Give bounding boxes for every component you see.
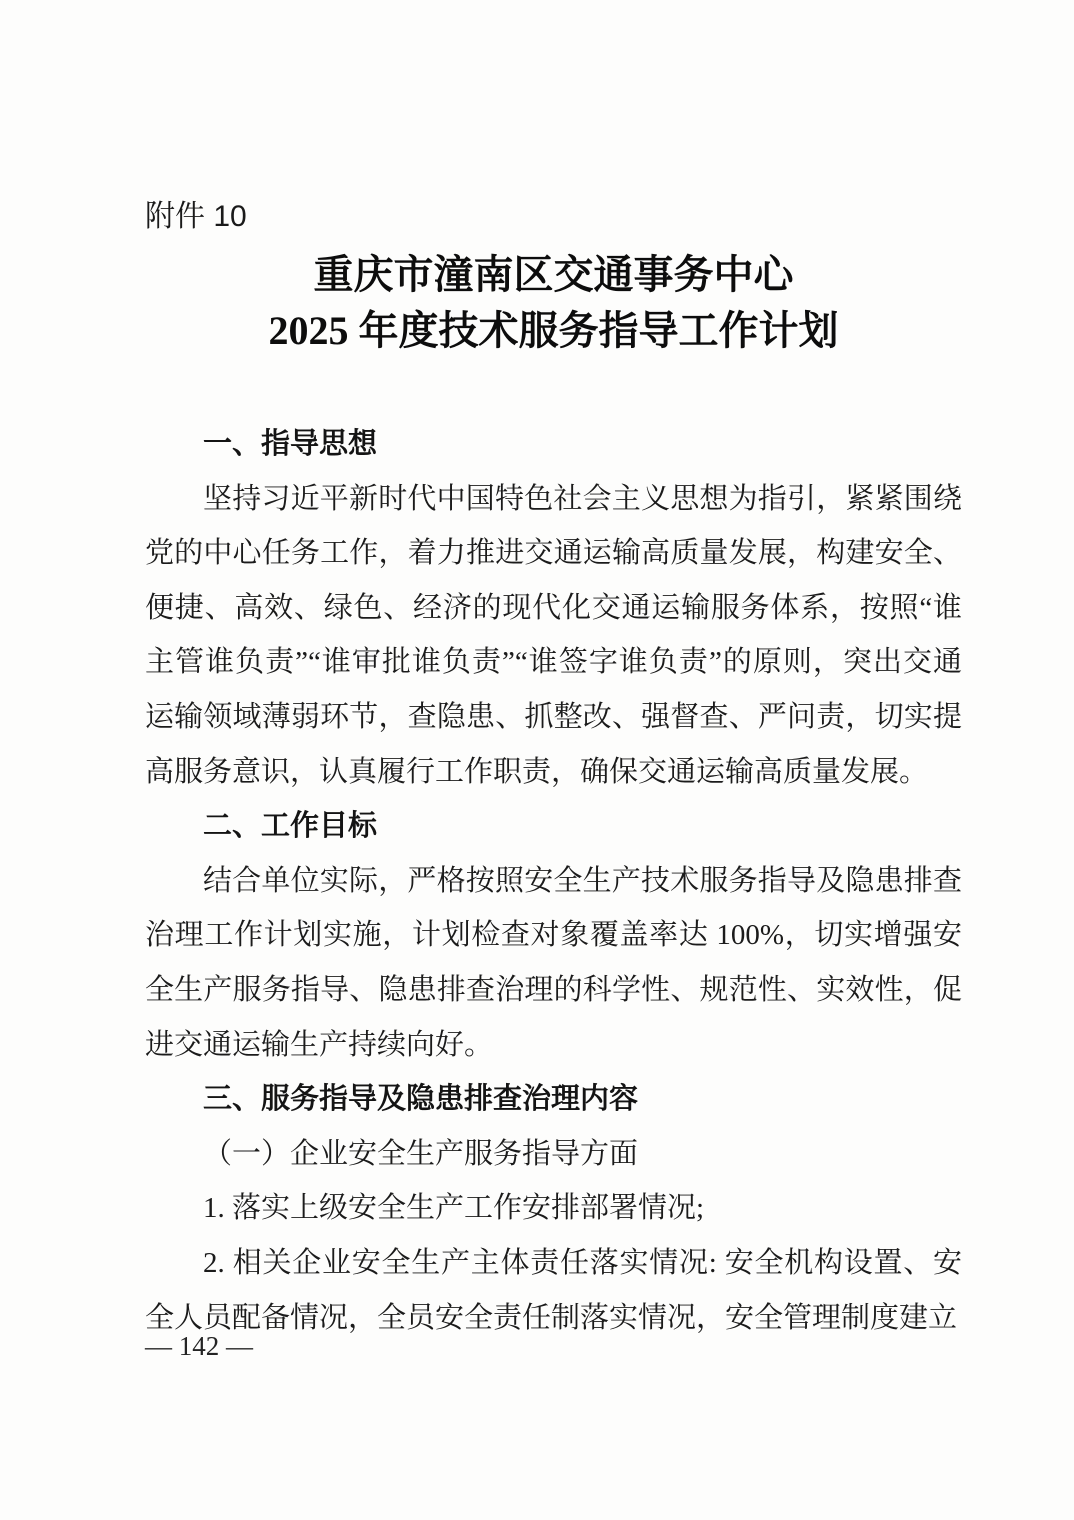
list-item-1: 1. 落实上级安全生产工作安排部署情况;: [145, 1181, 962, 1236]
title-line-2: 2025 年度技术服务指导工作计划: [145, 303, 962, 359]
subheading-enterprise-safety-guidance: （一）企业安全生产服务指导方面: [145, 1127, 962, 1182]
document-content: 附件 10 重庆市潼南区交通事务中心 2025 年度技术服务指导工作计划 一、指…: [0, 0, 1074, 1345]
document-page: 附件 10 重庆市潼南区交通事务中心 2025 年度技术服务指导工作计划 一、指…: [0, 0, 1074, 1520]
document-body: 一、指导思想 坚持习近平新时代中国特色社会主义思想为指引，紧紧围绕党的中心任务工…: [145, 417, 962, 1345]
section-heading-guiding-ideology: 一、指导思想: [145, 417, 962, 472]
paragraph-work-goals: 结合单位实际，严格按照安全生产技术服务指导及隐患排查治理工作计划实施，计划检查对…: [145, 854, 962, 1072]
section-heading-work-goals: 二、工作目标: [145, 799, 962, 854]
attachment-label: 附件 10: [145, 200, 962, 234]
section-heading-service-guidance-content: 三、服务指导及隐患排查治理内容: [145, 1072, 962, 1127]
title-line-1: 重庆市潼南区交通事务中心: [145, 247, 962, 303]
page-number: — 142 —: [145, 1331, 253, 1361]
list-item-2: 2. 相关企业安全生产主体责任落实情况: 安全机构设置、安全人员配备情况，全员安…: [145, 1236, 962, 1345]
paragraph-guiding-ideology: 坚持习近平新时代中国特色社会主义思想为指引，紧紧围绕党的中心任务工作，着力推进交…: [145, 472, 962, 800]
document-title: 重庆市潼南区交通事务中心 2025 年度技术服务指导工作计划: [145, 247, 962, 359]
